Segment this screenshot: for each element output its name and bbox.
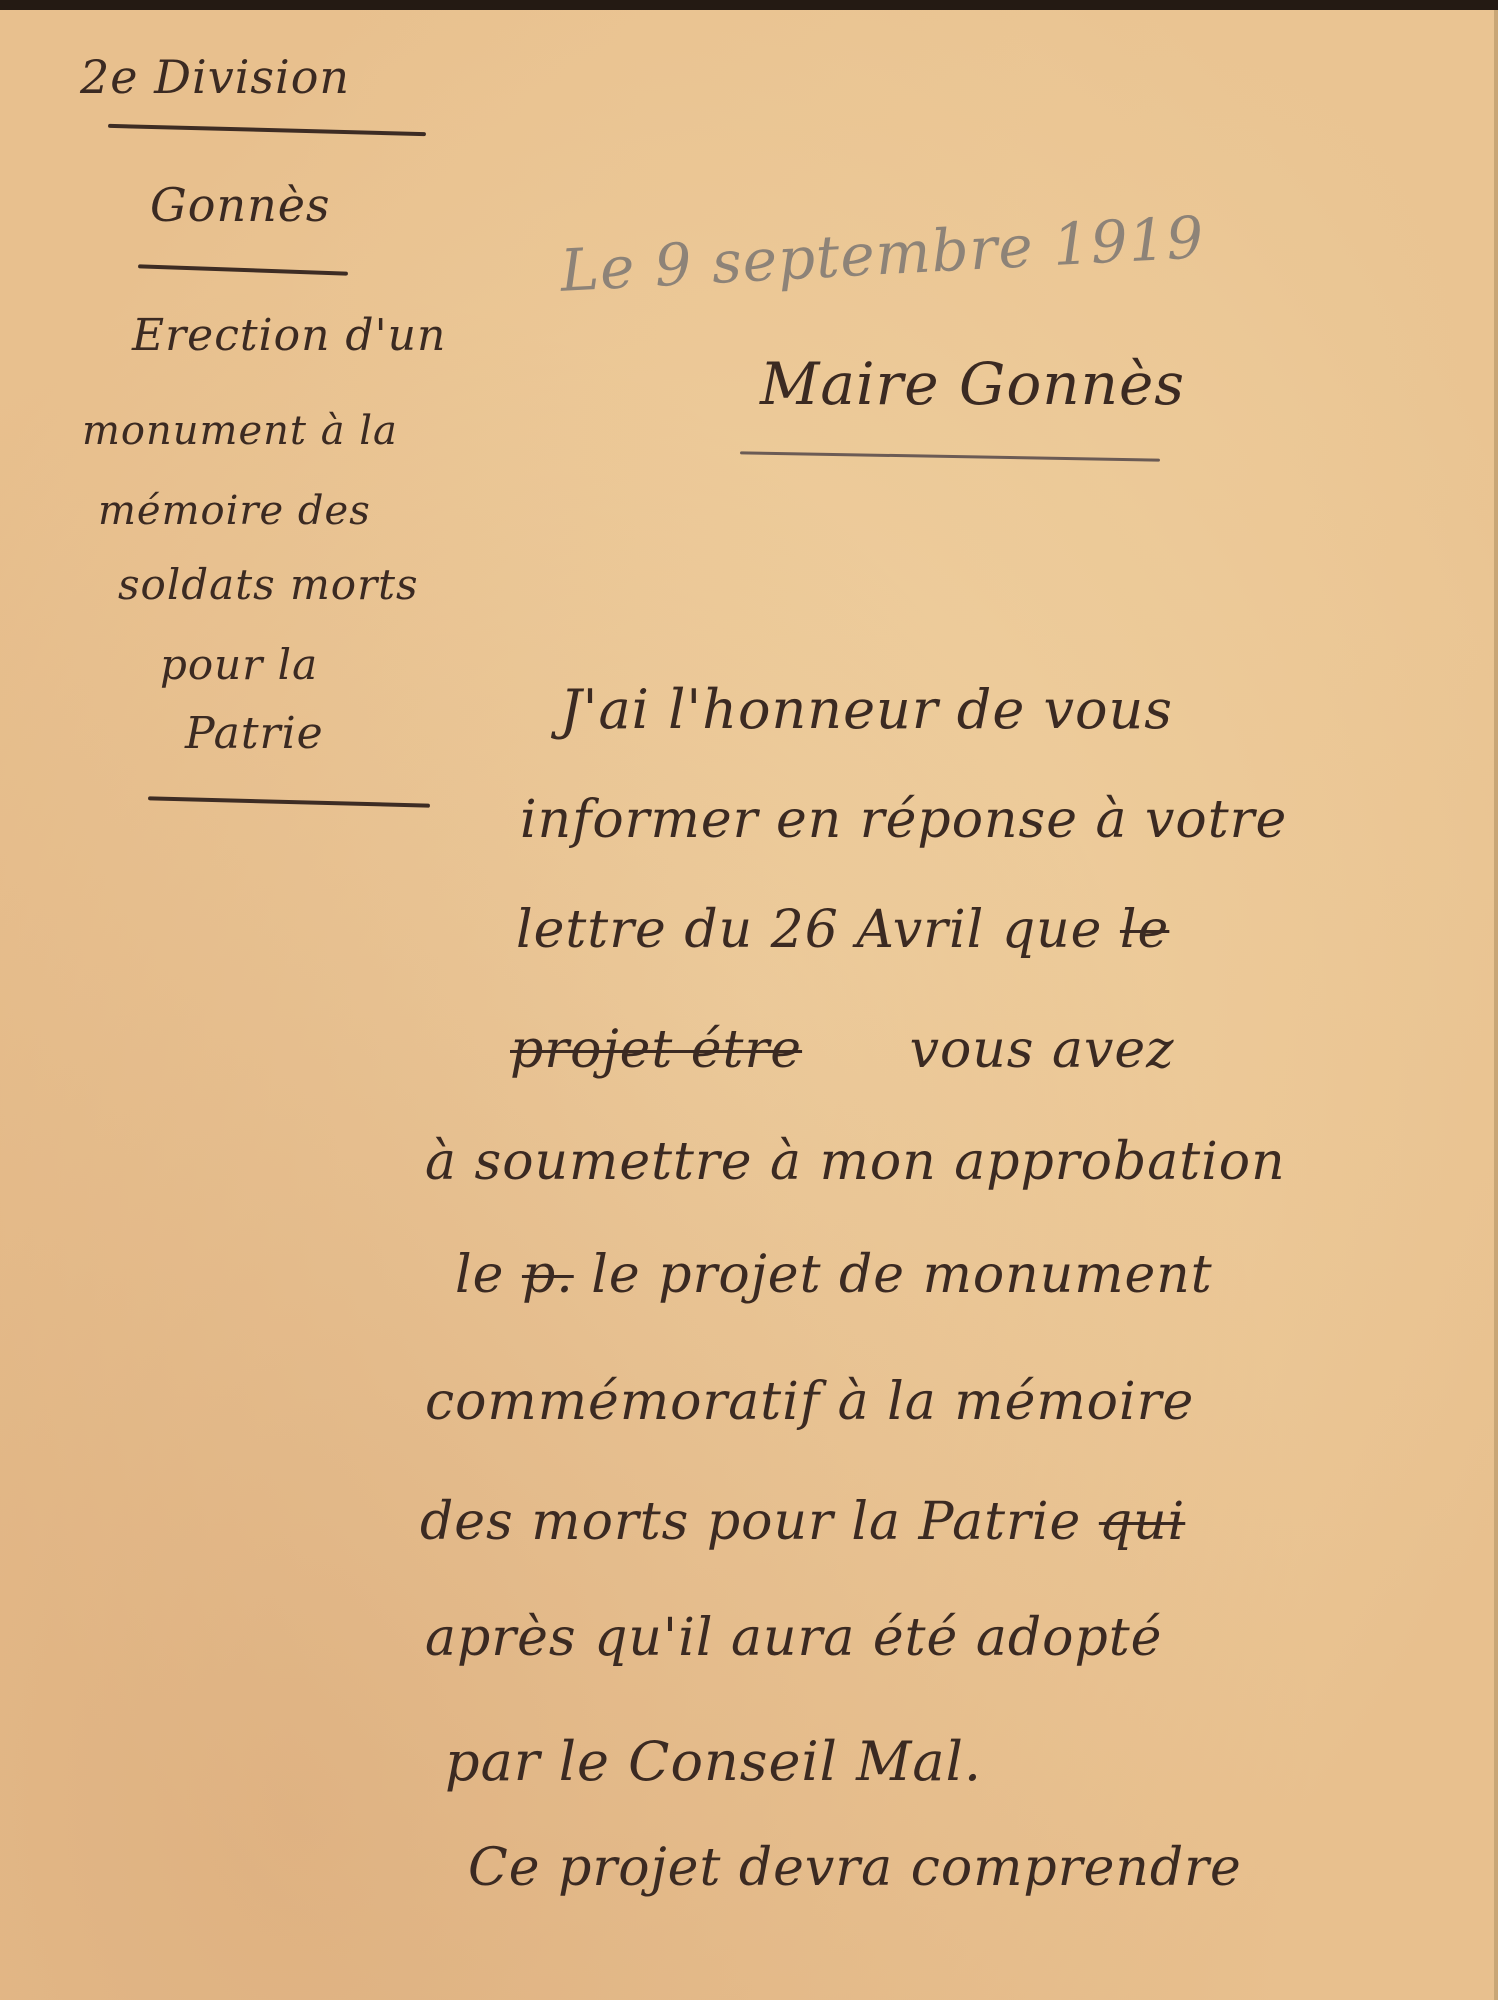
body-line-3-text: lettre du 26 Avril que bbox=[516, 900, 1102, 960]
body-line-8: des morts pour la Patrie qui bbox=[420, 1492, 1185, 1552]
body-line-7: commémoratif à la mémoire bbox=[425, 1372, 1194, 1432]
body-line-2: informer en réponse à votre bbox=[520, 790, 1287, 850]
body-line-1: J'ai l'honneur de vous bbox=[560, 678, 1173, 741]
struck-word: le bbox=[1120, 900, 1169, 960]
body-line-4-text: vous avez bbox=[910, 1020, 1175, 1080]
margin-subject-line-1: Erection d'un bbox=[132, 310, 446, 361]
margin-rule-2 bbox=[138, 264, 348, 275]
body-line-10: par le Conseil Mal. bbox=[445, 1730, 982, 1793]
body-line-6-text-a: le bbox=[455, 1245, 504, 1305]
margin-division: 2e Division bbox=[80, 50, 350, 104]
letter-addressee: Maire Gonnès bbox=[760, 350, 1185, 418]
margin-subject-line-6: Patrie bbox=[185, 708, 324, 759]
margin-subject-line-3: mémoire des bbox=[98, 488, 371, 534]
body-line-11: Ce projet devra comprendre bbox=[468, 1838, 1242, 1898]
struck-word: p. bbox=[522, 1245, 574, 1305]
scan-right-edge bbox=[1494, 10, 1498, 2000]
body-line-6: le p. le projet de monument bbox=[455, 1245, 1213, 1305]
margin-subject-line-4: soldats morts bbox=[118, 560, 419, 609]
margin-rule-1 bbox=[108, 124, 426, 136]
scan-top-border bbox=[0, 0, 1498, 10]
margin-subject-line-5: pour la bbox=[160, 640, 318, 689]
struck-word: qui bbox=[1099, 1492, 1185, 1552]
body-line-3: lettre du 26 Avril que le bbox=[516, 900, 1169, 960]
body-line-4: projet étre vous avez bbox=[510, 1020, 1175, 1080]
margin-rule-3 bbox=[148, 796, 430, 807]
body-line-8-text: des morts pour la Patrie bbox=[420, 1492, 1081, 1552]
addressee-rule bbox=[740, 451, 1160, 461]
letter-page: 2e Division Gonnès Erection d'un monumen… bbox=[0, 10, 1498, 2000]
margin-place: Gonnès bbox=[150, 178, 331, 232]
body-line-9: après qu'il aura été adopté bbox=[425, 1608, 1162, 1668]
letter-date: Le 9 septembre 1919 bbox=[559, 203, 1206, 305]
struck-word: projet étre bbox=[510, 1020, 802, 1080]
body-line-5: à soumettre à mon approbation bbox=[425, 1132, 1286, 1192]
margin-subject-line-2: monument à la bbox=[82, 408, 398, 454]
body-line-6-text: le projet de monument bbox=[591, 1245, 1212, 1305]
